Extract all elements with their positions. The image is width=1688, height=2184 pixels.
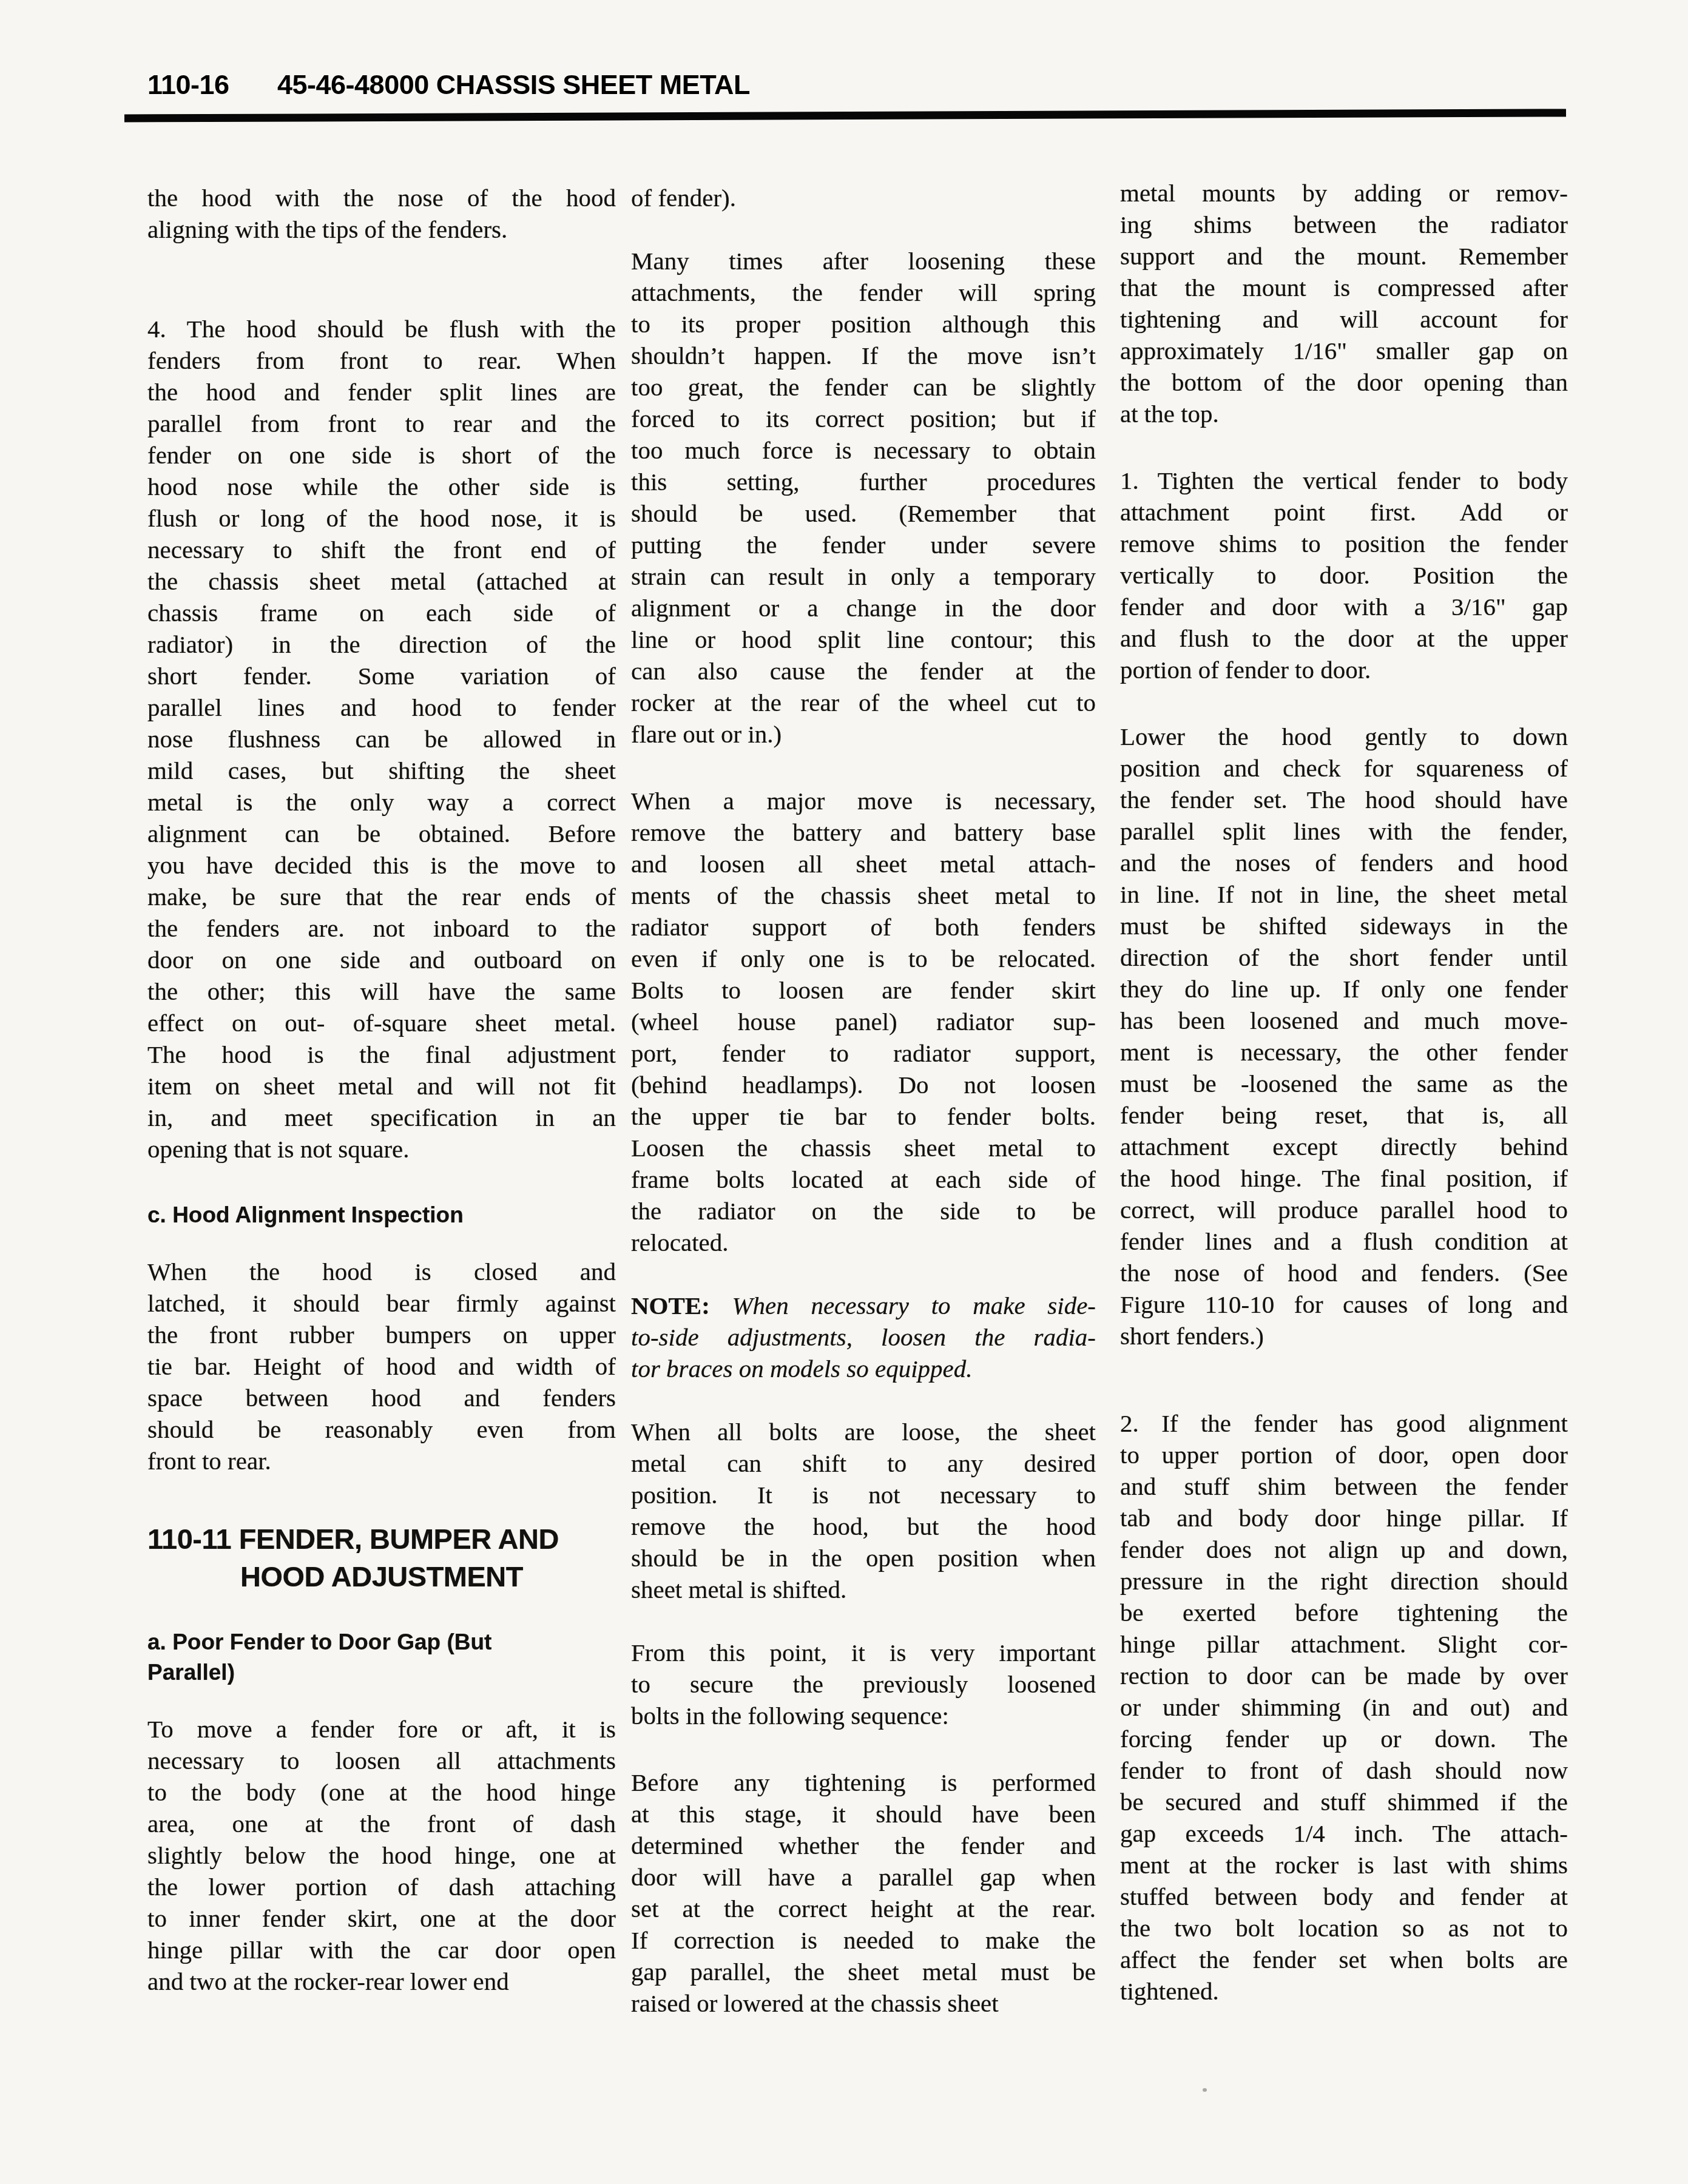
text-line: Lower the hood gently to down: [1120, 721, 1568, 752]
text-line: be secured and stuff shimmed if the: [1120, 1786, 1568, 1818]
text-line: When the hood is closed and: [147, 1256, 616, 1287]
text-line: the upper tie bar to fender bolts.: [631, 1100, 1096, 1132]
text-line: HOOD ADJUSTMENT: [147, 1558, 616, 1596]
text-line: door on one side and outboard on: [147, 944, 616, 976]
section-heading: 110-11 FENDER, BUMPER ANDHOOD ADJUSTMENT: [147, 1520, 616, 1596]
text-line: sheet metal is shifted.: [631, 1574, 1096, 1605]
text-line: Figure 110-10 for causes of long and: [1120, 1289, 1568, 1320]
column-2: of fender).Many times after loosening th…: [631, 182, 1096, 2019]
text-line: tie bar. Height of hood and width of: [147, 1350, 616, 1382]
text-line: and stuff shim between the fender: [1120, 1471, 1568, 1502]
text-line: fender and door with a 3/16" gap: [1120, 591, 1568, 622]
text-line: the front rubber bumpers on upper: [147, 1319, 616, 1350]
scan-speck: [1203, 2088, 1207, 2092]
text-line: must be shifted sideways in the: [1120, 910, 1568, 942]
paragraph: of fender).: [631, 182, 1096, 214]
text-line: short fenders.): [1120, 1320, 1568, 1352]
text-line: and two at the rocker-rear lower end: [147, 1966, 616, 1997]
text-line: the chassis sheet metal (attached at: [147, 565, 616, 597]
text-line: attachment except directly behind: [1120, 1131, 1568, 1162]
text-line: metal mounts by adding or remov-: [1120, 177, 1568, 209]
text-line: position and check for squareness of: [1120, 752, 1568, 784]
text-line: attachments, the fender will spring: [631, 277, 1096, 308]
paragraph: 4. The hood should be flush with thefend…: [147, 313, 616, 1165]
text-line: the hood with the nose of the hood: [147, 182, 616, 214]
text-line: portion of fender to door.: [1120, 654, 1568, 686]
text-line: the hood hinge. The final position, if: [1120, 1162, 1568, 1194]
text-line: Before any tightening is performed: [631, 1767, 1096, 1798]
paragraph: Many times after loosening theseattachme…: [631, 245, 1096, 750]
paragraph: 1. Tighten the vertical fender to bodyat…: [1120, 465, 1568, 686]
text-line: chassis frame on each side of: [147, 597, 616, 629]
text-line: Bolts to loosen are fender skirt: [631, 974, 1096, 1006]
text-line: nose flushness can be allowed in: [147, 723, 616, 755]
text-line: correct, will produce parallel hood to: [1120, 1194, 1568, 1225]
text-line: (behind headlamps). Do not loosen: [631, 1069, 1096, 1100]
text-line: parallel lines and hood to fender: [147, 692, 616, 723]
text-line: to-side adjustments, loosen the radia-: [631, 1321, 1096, 1353]
text-line: hinge pillar attachment. Slight cor-: [1120, 1628, 1568, 1660]
text-line: (wheel house panel) radiator sup-: [631, 1006, 1096, 1037]
text-line: If correction is needed to make the: [631, 1924, 1096, 1956]
text-line: or under shimming (in and out) and: [1120, 1691, 1568, 1723]
text-line: area, one at the front of dash: [147, 1808, 616, 1839]
text-line: radiator) in the direction of the: [147, 629, 616, 660]
text-line: frame bolts located at each side of: [631, 1164, 1096, 1195]
text-line: be exerted before tightening the: [1120, 1597, 1568, 1628]
text-line: too great, the fender can be slightly: [631, 371, 1096, 403]
text-line: must be -loosened the same as the: [1120, 1068, 1568, 1099]
text-line: the nose of hood and fenders. (See: [1120, 1257, 1568, 1289]
text-line: 2. If the fender has good alignment: [1120, 1407, 1568, 1439]
text-line: ing shims between the radiator: [1120, 209, 1568, 240]
text-line: the radiator on the side to be: [631, 1195, 1096, 1227]
text-line: and flush to the door at the upper: [1120, 622, 1568, 654]
paragraph: From this point, it is very importantto …: [631, 1637, 1096, 1731]
text-line: alignment can be obtained. Before: [147, 818, 616, 849]
text-line: in line. If not in line, the sheet metal: [1120, 878, 1568, 910]
text-line: to upper portion of door, open door: [1120, 1439, 1568, 1471]
text-line: ment is necessary, the other fender: [1120, 1036, 1568, 1068]
text-line: tab and body door hinge pillar. If: [1120, 1502, 1568, 1534]
text-line: radiator support of both fenders: [631, 911, 1096, 943]
text-line: support and the mount. Remember: [1120, 240, 1568, 272]
text-line: determined whether the fender and: [631, 1830, 1096, 1861]
running-title: 45-46-48000 CHASSIS SHEET METAL: [277, 69, 750, 101]
text-line: flare out or in.): [631, 718, 1096, 750]
text-line: should be in the open position when: [631, 1542, 1096, 1574]
text-line: the fender set. The hood should have: [1120, 784, 1568, 815]
text-line: flush or long of the hood nose, it is: [147, 502, 616, 534]
text-line: necessary to loosen all attachments: [147, 1745, 616, 1776]
text-line: the hood and fender split lines are: [147, 376, 616, 408]
text-line: Parallel): [147, 1657, 616, 1688]
text-line: fenders from front to rear. When: [147, 345, 616, 376]
text-line: the bottom of the door opening than: [1120, 366, 1568, 398]
text-line: hinge pillar with the car door open: [147, 1934, 616, 1966]
text-line: ment at the rocker is last with shims: [1120, 1849, 1568, 1881]
paragraph: Before any tightening is performedat thi…: [631, 1767, 1096, 2019]
text-line: should be reasonably even from: [147, 1414, 616, 1445]
text-line: The hood is the final adjustment: [147, 1039, 616, 1070]
text-line: fender being reset, that is, all: [1120, 1099, 1568, 1131]
column-3: metal mounts by adding or remov-ing shim…: [1120, 177, 1568, 2007]
text-line: and loosen all sheet metal attach-: [631, 848, 1096, 880]
text-line: to inner fender skirt, one at the door: [147, 1903, 616, 1934]
text-line: to its proper position although this: [631, 308, 1096, 340]
text-line: 1. Tighten the vertical fender to body: [1120, 465, 1568, 496]
text-line: short fender. Some variation of: [147, 660, 616, 692]
text-line: 110-11 FENDER, BUMPER AND: [147, 1520, 616, 1558]
text-line: effect on out- of-square sheet metal.: [147, 1007, 616, 1039]
text-line: too much force is necessary to obtain: [631, 434, 1096, 466]
note-label: NOTE:: [631, 1292, 732, 1319]
text-line: you have decided this is the move to: [147, 849, 616, 881]
text-line: remove shims to position the fender: [1120, 528, 1568, 559]
text-line: the two bolt location so as not to: [1120, 1912, 1568, 1944]
paragraph: When a major move is necessary,remove th…: [631, 785, 1096, 1258]
text-line: Loosen the chassis sheet metal to: [631, 1132, 1096, 1164]
text-line: at this stage, it should have been: [631, 1798, 1096, 1830]
text-line: pressure in the right direction should: [1120, 1565, 1568, 1597]
text-line: forcing fender up or down. The: [1120, 1723, 1568, 1754]
text-line: port, fender to radiator support,: [631, 1037, 1096, 1069]
text-line: When a major move is necessary,: [631, 785, 1096, 817]
text-line: 4. The hood should be flush with the: [147, 313, 616, 345]
note-paragraph: NOTE: When necessary to make side-to-sid…: [631, 1290, 1096, 1384]
text-line: fender to front of dash should now: [1120, 1754, 1568, 1786]
text-line: alignment or a change in the door: [631, 592, 1096, 624]
text-line: to secure the previously loosened: [631, 1668, 1096, 1700]
text-line: line or hood split line contour; this: [631, 624, 1096, 655]
text-line: gap parallel, the sheet metal must be: [631, 1956, 1096, 1987]
text-line: a. Poor Fender to Door Gap (But: [147, 1627, 616, 1657]
scanned-manual-page: { "header": { "page_number": "110-16", "…: [0, 0, 1688, 2184]
text-line: door will have a parallel gap when: [631, 1861, 1096, 1893]
text-line: hood nose while the other side is: [147, 471, 616, 502]
text-line: metal can shift to any desired: [631, 1448, 1096, 1479]
text-line: metal is the only way a correct: [147, 786, 616, 818]
text-line: rection to door can be made by over: [1120, 1660, 1568, 1691]
text-line: parallel split lines with the fender,: [1120, 815, 1568, 847]
text-line: this setting, further procedures: [631, 466, 1096, 497]
text-line: space between hood and fenders: [147, 1382, 616, 1414]
text-line: the other; this will have the same: [147, 976, 616, 1007]
text-line: fender lines and a flush condition at: [1120, 1225, 1568, 1257]
text-line: stuffed between body and fender at: [1120, 1881, 1568, 1912]
text-line: rocker at the rear of the wheel cut to: [631, 687, 1096, 718]
text-line: NOTE: When necessary to make side-: [631, 1290, 1096, 1321]
text-line: When all bolts are loose, the sheet: [631, 1416, 1096, 1448]
text-line: tor braces on models so equipped.: [631, 1353, 1096, 1384]
text-line: shouldn’t happen. If the move isn’t: [631, 340, 1096, 371]
text-line: necessary to shift the front end of: [147, 534, 616, 565]
text-line: tightened.: [1120, 1975, 1568, 2007]
text-line: Many times after loosening these: [631, 245, 1096, 277]
header-rule: [124, 109, 1566, 122]
text-line: set at the correct height at the rear.: [631, 1893, 1096, 1924]
text-line: should be used. (Remember that: [631, 497, 1096, 529]
text-line: they do line up. If only one fender: [1120, 973, 1568, 1005]
text-line: forced to its correct position; but if: [631, 403, 1096, 434]
paragraph: When all bolts are loose, the sheetmetal…: [631, 1416, 1096, 1605]
text-line: in, and meet specification in an: [147, 1102, 616, 1133]
text-line: the fenders are. not inboard to the: [147, 912, 616, 944]
column-1: the hood with the nose of the hoodaligni…: [147, 182, 616, 1997]
text-line: mild cases, but shifting the sheet: [147, 755, 616, 786]
text-line: remove the hood, but the hood: [631, 1511, 1096, 1542]
text-line: slightly below the hood hinge, one at: [147, 1839, 616, 1871]
text-line: From this point, it is very important: [631, 1637, 1096, 1668]
text-line: latched, it should bear firmly against: [147, 1287, 616, 1319]
paragraph: When the hood is closed andlatched, it s…: [147, 1256, 616, 1477]
paragraph: Lower the hood gently to downposition an…: [1120, 721, 1568, 1352]
text-line: and the noses of fenders and hood: [1120, 847, 1568, 878]
subsection-heading: a. Poor Fender to Door Gap (ButParallel): [147, 1627, 616, 1688]
text-line: c. Hood Alignment Inspection: [147, 1200, 616, 1230]
text-line: ments of the chassis sheet metal to: [631, 880, 1096, 911]
text-line: fender does not align up and down,: [1120, 1534, 1568, 1565]
text-line: bolts in the following sequence:: [631, 1700, 1096, 1731]
text-line: position. It is not necessary to: [631, 1479, 1096, 1511]
text-line: item on sheet metal and will not fit: [147, 1070, 616, 1102]
text-line: aligning with the tips of the fenders.: [147, 214, 616, 245]
text-line: To move a fender fore or aft, it is: [147, 1713, 616, 1745]
text-line: tightening and will account for: [1120, 303, 1568, 335]
text-line: that the mount is compressed after: [1120, 272, 1568, 303]
subsection-heading: c. Hood Alignment Inspection: [147, 1200, 616, 1230]
text-line: the lower portion of dash attaching: [147, 1871, 616, 1903]
text-line: approximately 1/16" smaller gap on: [1120, 335, 1568, 366]
paragraph: To move a fender fore or aft, it isneces…: [147, 1713, 616, 1997]
text-line: remove the battery and battery base: [631, 817, 1096, 848]
page-number: 110-16: [147, 69, 229, 101]
text-line: gap exceeds 1/4 inch. The attach-: [1120, 1818, 1568, 1849]
text-line: to the body (one at the hood hinge: [147, 1776, 616, 1808]
text-line: has been loosened and much move-: [1120, 1005, 1568, 1036]
paragraph: 2. If the fender has good alignmentto up…: [1120, 1407, 1568, 2007]
paragraph: metal mounts by adding or remov-ing shim…: [1120, 177, 1568, 430]
text-line: of fender).: [631, 182, 1096, 214]
text-line: vertically to door. Position the: [1120, 559, 1568, 591]
text-line: direction of the short fender until: [1120, 942, 1568, 973]
text-line: opening that is not square.: [147, 1133, 616, 1165]
text-line: can also cause the fender at the: [631, 655, 1096, 687]
text-line: front to rear.: [147, 1445, 616, 1477]
text-line: parallel from front to rear and the: [147, 408, 616, 439]
text-line: relocated.: [631, 1227, 1096, 1258]
text-line: affect the fender set when bolts are: [1120, 1944, 1568, 1975]
text-line: raised or lowered at the chassis sheet: [631, 1987, 1096, 2019]
text-line: even if only one is to be relocated.: [631, 943, 1096, 974]
text-line: strain can result in only a temporary: [631, 561, 1096, 592]
text-line: at the top.: [1120, 398, 1568, 430]
text-line: attachment point first. Add or: [1120, 496, 1568, 528]
text-line: fender on one side is short of the: [147, 439, 616, 471]
text-line: make, be sure that the rear ends of: [147, 881, 616, 912]
paragraph: the hood with the nose of the hoodaligni…: [147, 182, 616, 245]
text-line: putting the fender under severe: [631, 529, 1096, 561]
